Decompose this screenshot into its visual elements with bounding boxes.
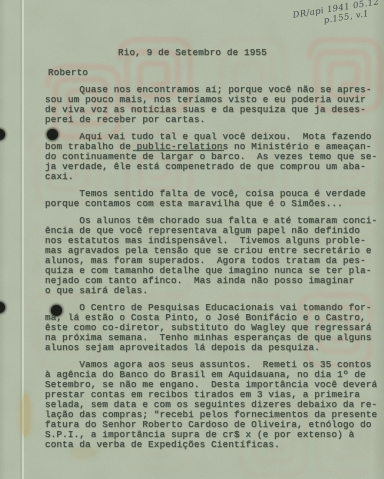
paragraph: Temos sentido falta de você, coisa pouca… <box>45 189 381 209</box>
paragraph: Quase nos encontramos aí; porque você nã… <box>45 85 381 125</box>
paragraph: O Centro de Pesquisas Educacionais vai t… <box>45 303 381 353</box>
punch-hole <box>0 129 5 140</box>
handwritten-annotation: DR/api 1941 05.12 p.155, v.1 <box>291 0 381 31</box>
letter-date: Rio, 9 de Setembro de 1955 <box>118 47 267 58</box>
punch-hole <box>0 302 5 313</box>
paragraph: Aquí vai tudo tal e qual você deixou. Mo… <box>45 132 381 182</box>
scanned-letter-page: DR/api 1941 05.12 p.155, v.1 Rio, 9 de S… <box>0 0 384 479</box>
underline-public-relations <box>133 150 224 151</box>
paper-stain <box>21 394 30 436</box>
letter-body: Quase nos encontramos aí; porque você nã… <box>45 85 381 457</box>
paragraph: Os alunos têm chorado sua falta e até to… <box>45 216 381 296</box>
paragraph: Vamos agora aos seus assuntos. Remeti os… <box>45 360 381 450</box>
letter-salutation: Roberto <box>48 67 88 78</box>
